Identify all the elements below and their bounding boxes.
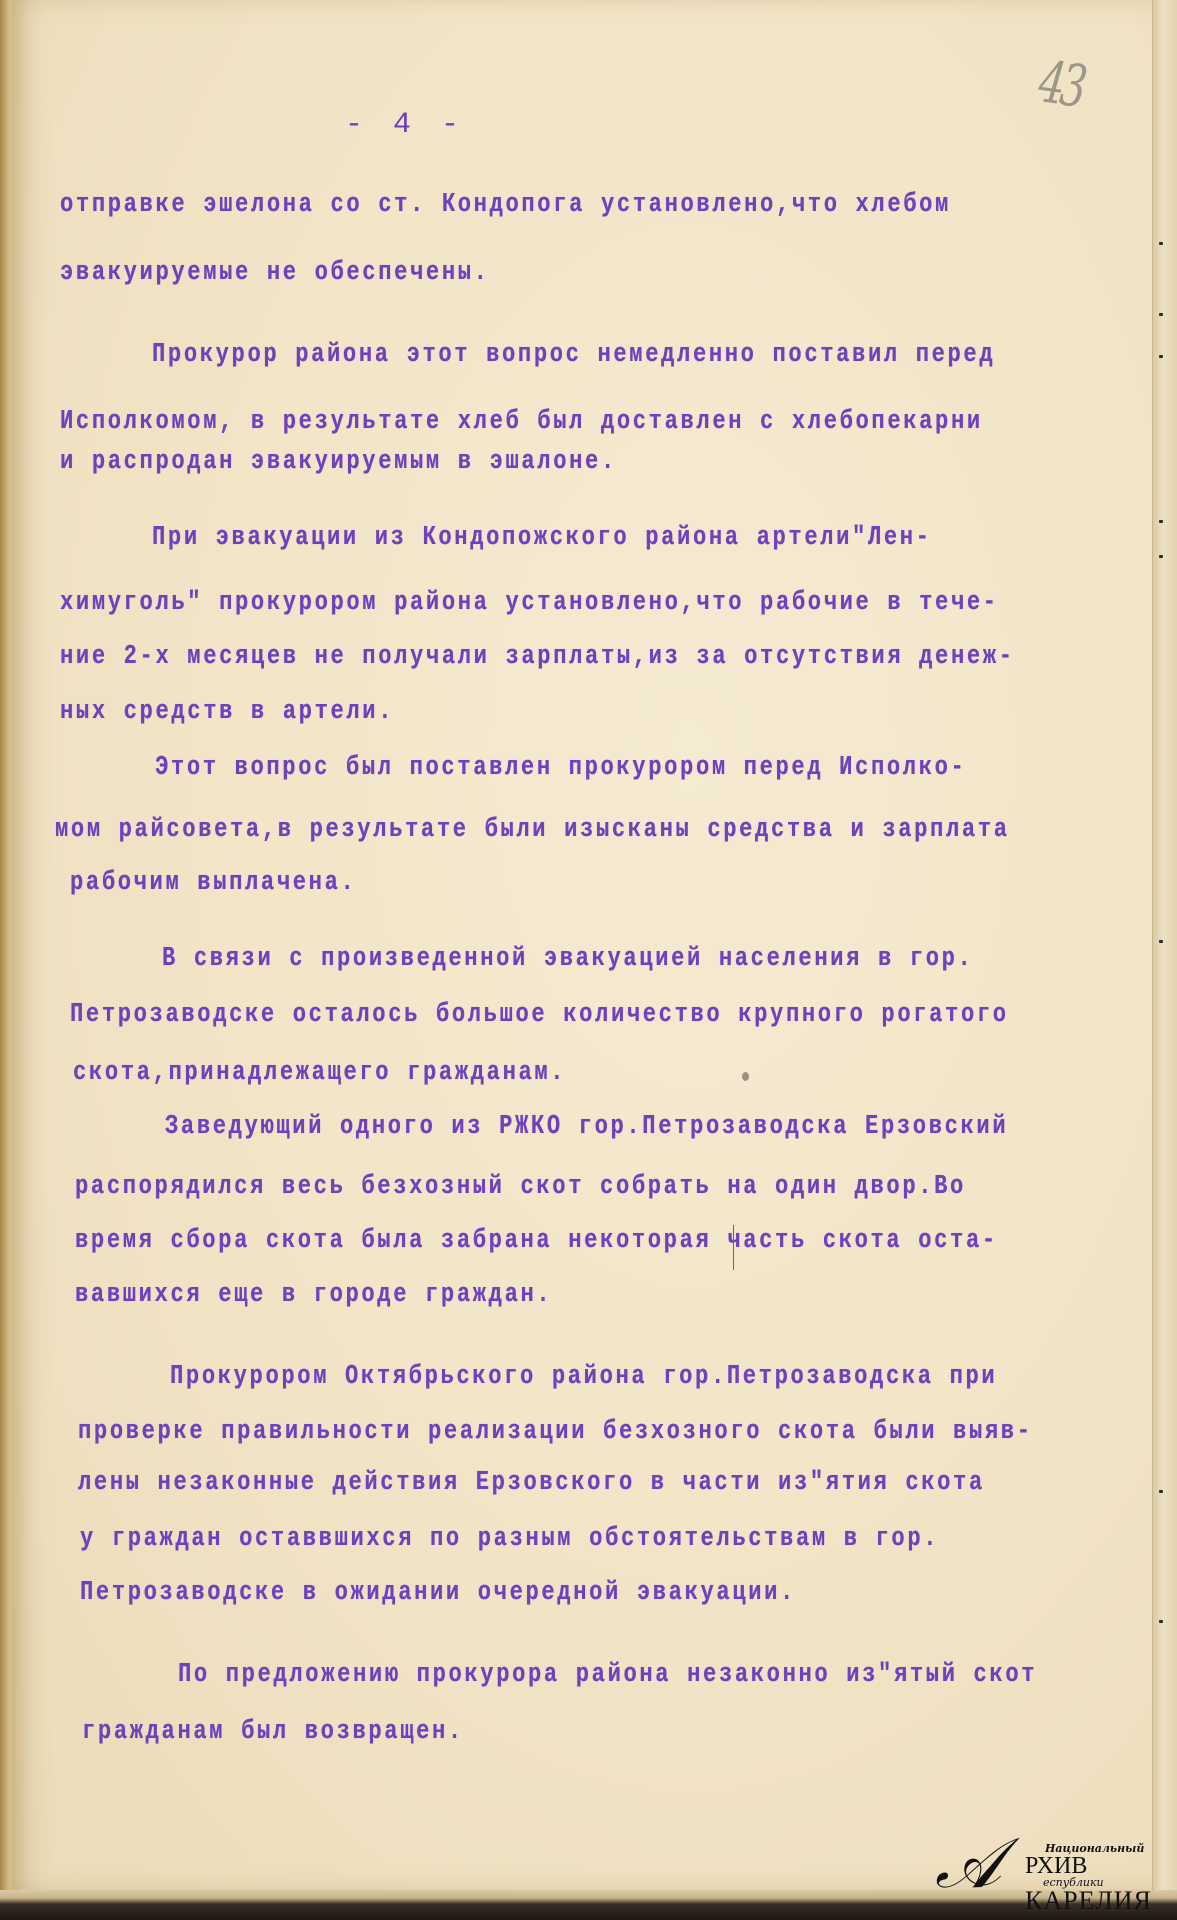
archive-monogram-icon: 𝒜 [935, 1828, 1001, 1898]
ink-dot-mark [742, 1072, 749, 1081]
folio-number: 43 [1035, 47, 1087, 120]
text-line: Петрозаводске осталось большое количеств… [70, 1000, 1009, 1030]
logo-line-karelia: КАРЕЛИЯ [1025, 1888, 1152, 1914]
text-line: Прокурор района этот вопрос немедленно п… [152, 340, 995, 370]
text-line: Петрозаводске в ожидании очередной эваку… [80, 1578, 796, 1608]
text-line: При эвакуации из Кондопожского района ар… [152, 523, 932, 553]
text-line: По предложению прокурора района незаконн… [178, 1660, 1037, 1690]
text-line: лены незаконные действия Ерзовского в ча… [78, 1468, 985, 1498]
text-line: время сбора скота была забрана некоторая… [75, 1226, 998, 1256]
logo-line-archive: РХИВ [1025, 1854, 1087, 1878]
archive-logo: 𝒜 Национальный РХИВ еспублики КАРЕЛИЯ [935, 1840, 1155, 1915]
text-line: Этот вопрос был поставлен прокурором пер… [155, 753, 966, 783]
text-line: отправке эшелона со ст. Кондопога устано… [60, 190, 951, 220]
text-line: Прокурором Октябрьского района гор.Петро… [170, 1362, 997, 1392]
text-line: скота,принадлежащего гражданам. [73, 1058, 566, 1088]
pencil-mark [733, 1225, 734, 1270]
text-line: вавшихся еще в городе граждан. [75, 1280, 552, 1310]
page-stack-edge [1152, 0, 1177, 1920]
text-line: рабочим выплачена. [70, 868, 356, 898]
text-line: и распродан эвакуируемым в эшалоне. [60, 447, 617, 477]
text-line: распорядился весь безхозный скот собрать… [75, 1172, 966, 1202]
text-line: гражданам был возвращен. [82, 1717, 464, 1747]
text-line: эвакуируемые не обеспечены. [60, 258, 490, 288]
text-line: ние 2-х месяцев не получали зарплаты,из … [60, 642, 1015, 672]
text-line: проверке правильности реализации безхозн… [78, 1417, 1033, 1447]
text-line: химуголь" прокурором района установлено,… [60, 588, 999, 618]
document-page: 43 - 4 - отправке эшелона со ст. Кондопо… [0, 0, 1152, 1890]
text-line: Заведующий одного из РЖКО гор.Петрозавод… [165, 1112, 1008, 1142]
text-line: В связи с произведенной эвакуацией насел… [162, 944, 973, 974]
page-binding-edge [0, 0, 14, 1890]
page-number: - 4 - [345, 108, 465, 142]
text-line: Исполкомом, в результате хлеб был достав… [60, 407, 983, 437]
text-line: мом райсовета,в результате были изысканы… [55, 815, 1010, 845]
text-line: ных средств в артели. [60, 697, 394, 727]
text-line: у граждан оставвшихся по разным обстояте… [80, 1524, 939, 1554]
